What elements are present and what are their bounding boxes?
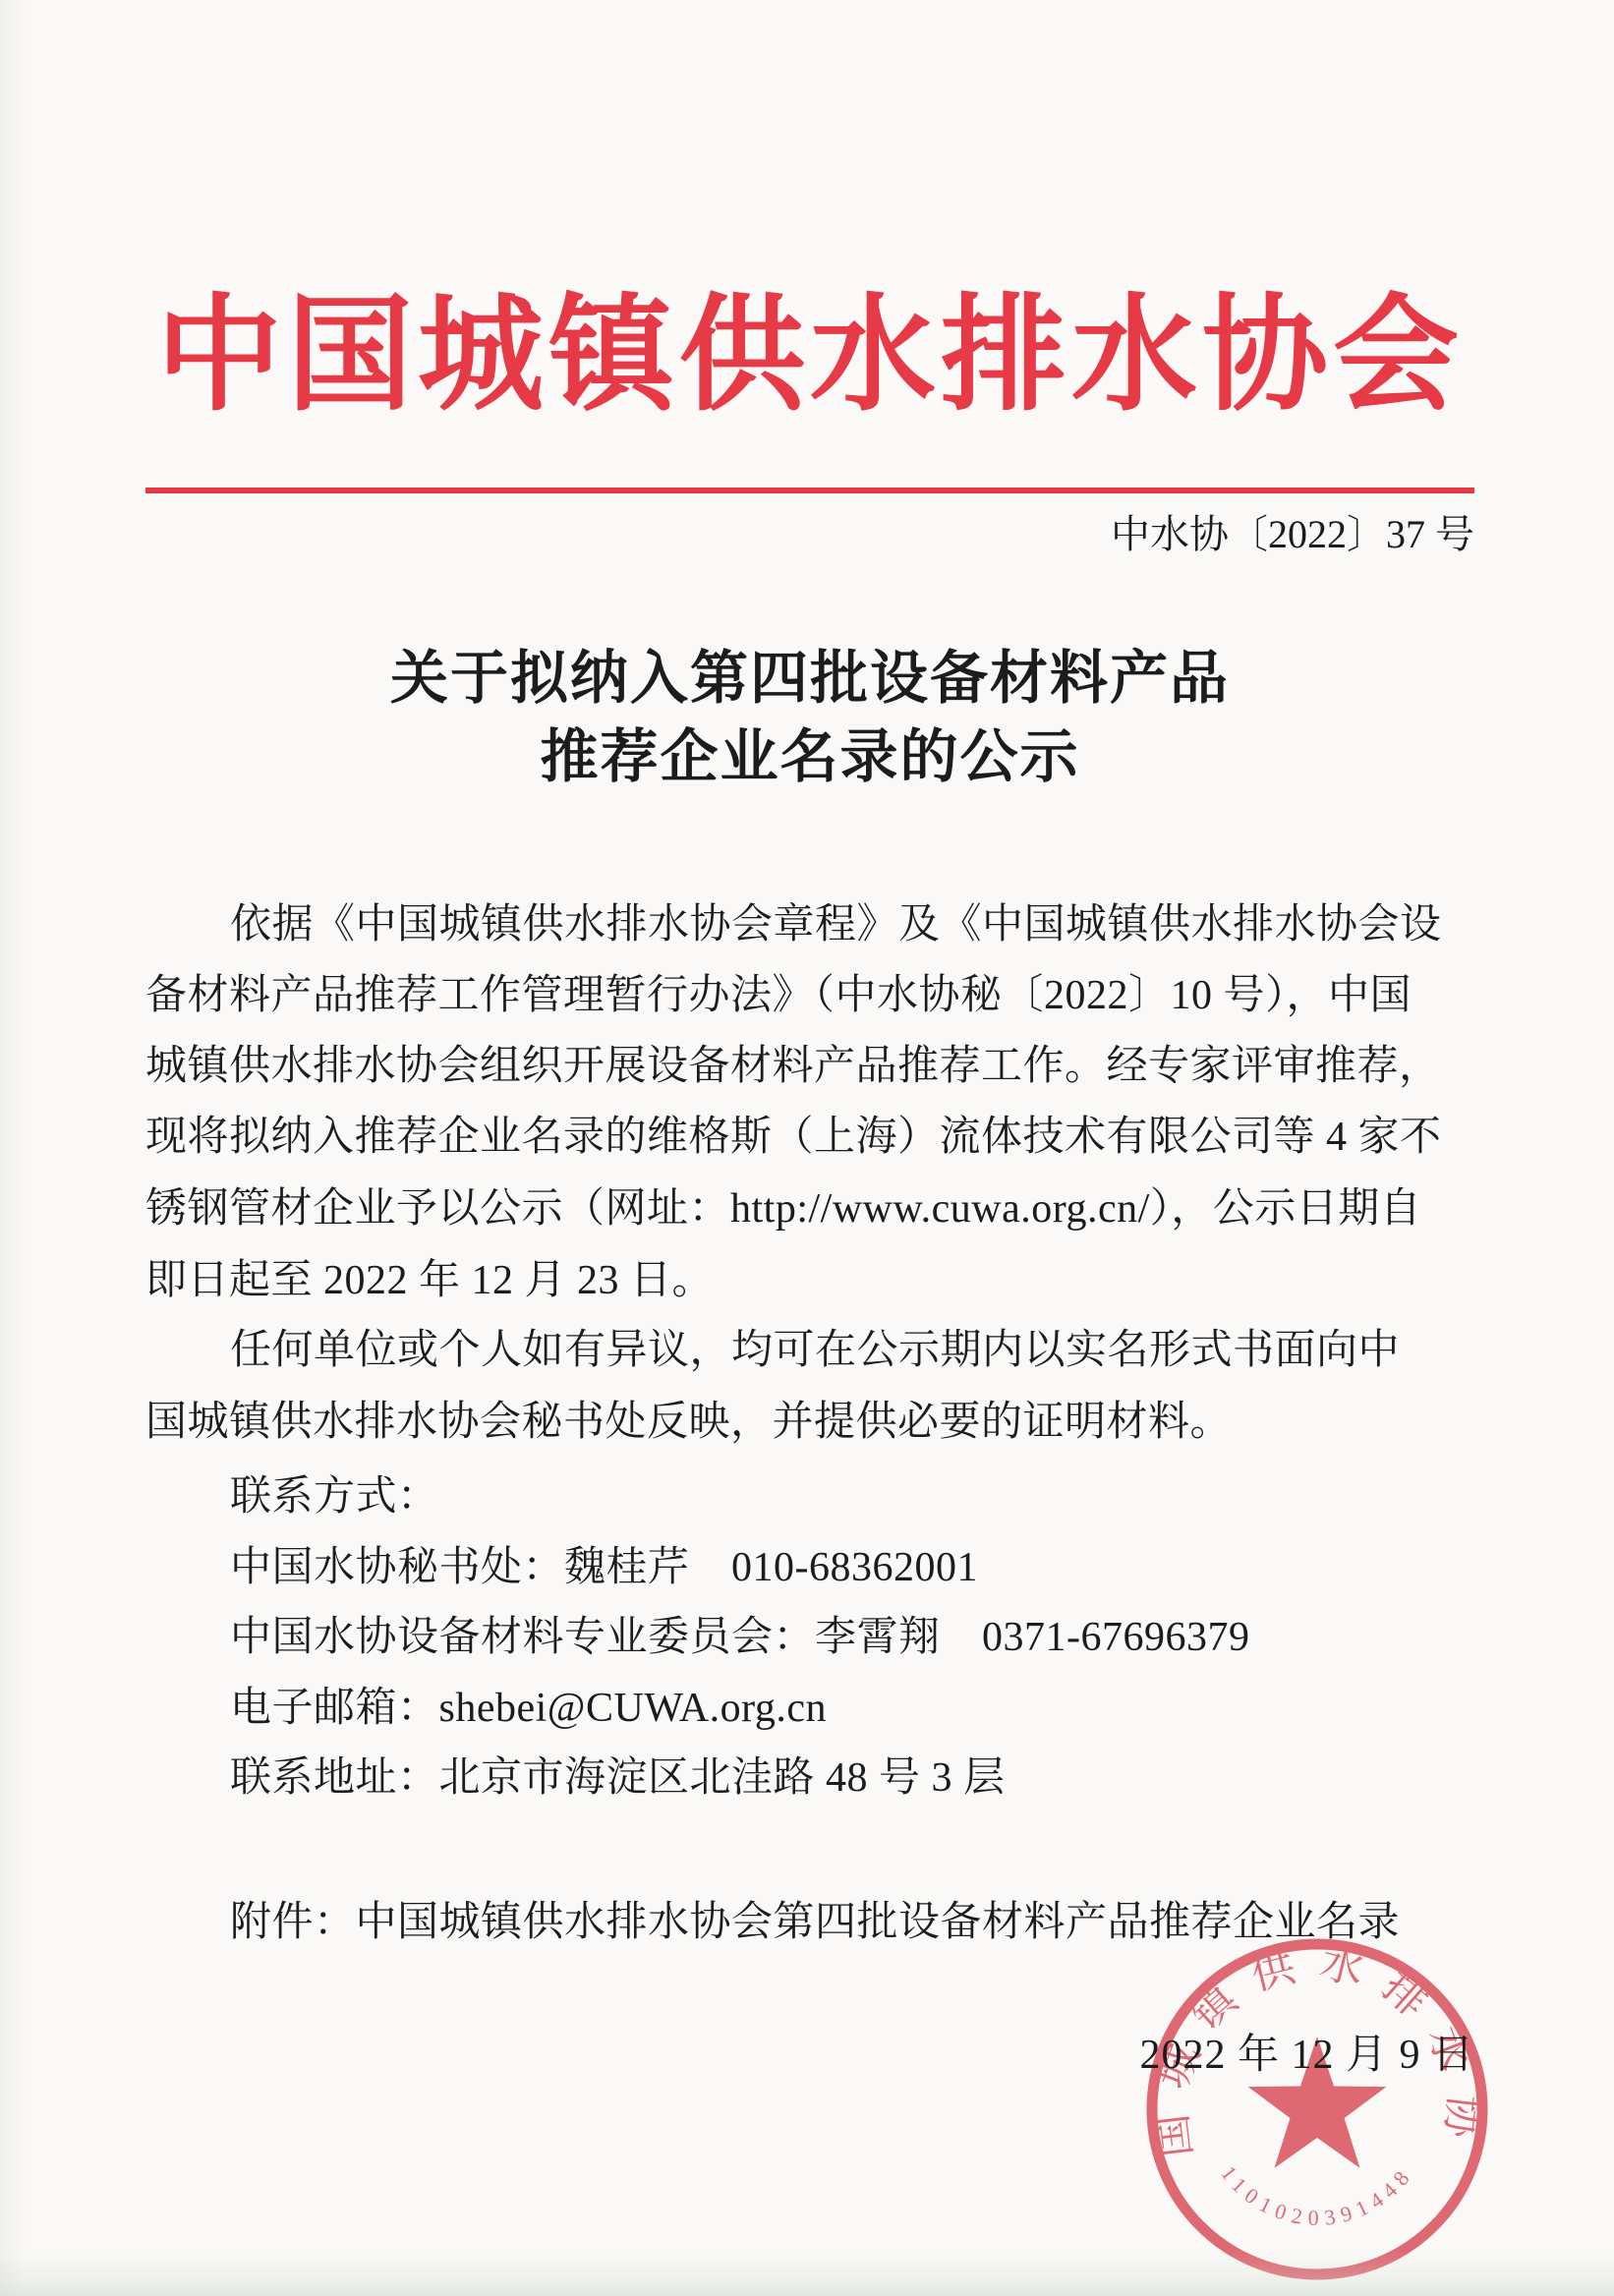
document-date: 2022 年 12 月 9 日 bbox=[145, 2031, 1474, 2080]
para1-line-5: 锈钢管材企业予以公示（网址：http://www.cuwa.org.cn/），公… bbox=[145, 1184, 1474, 1234]
org-name-heading: 中国城镇供水排水协会 bbox=[145, 277, 1474, 434]
para1-line-3: 城镇供水排水协会组织开展设备材料产品推荐工作。经专家评审推荐， bbox=[145, 1042, 1474, 1091]
seal-registration-number: 1101020391448 bbox=[1216, 2161, 1418, 2230]
document-title: 关于拟纳入第四批设备材料产品 推荐企业名录的公示 bbox=[145, 639, 1474, 796]
para2-line-2: 国城镇供水排水协会秘书处反映，并提供必要的证明材料。 bbox=[145, 1398, 1474, 1447]
para2-line-1: 任何单位或个人如有异议，均可在公示期内以实名形式书面向中 bbox=[145, 1326, 1559, 1375]
scan-shadow-bottom bbox=[0, 2251, 1614, 2296]
para1-line-4: 现将拟纳入推荐企业名录的维格斯（上海）流体技术有限公司等 4 家不 bbox=[145, 1113, 1474, 1162]
contact-committee: 中国水协设备材料专业委员会：李霄翔 0371-67696379 bbox=[145, 1613, 1559, 1662]
scan-shadow-left bbox=[0, 0, 26, 2296]
official-document-page: 中国城镇供水排水协会 中水协〔2022〕37 号 关于拟纳入第四批设备材料产品 … bbox=[0, 0, 1614, 2296]
para1-line-1: 依据《中国城镇供水排水协会章程》及《中国城镇供水排水协会设 bbox=[145, 900, 1559, 949]
title-line-1: 关于拟纳入第四批设备材料产品 bbox=[145, 639, 1474, 717]
doc-number: 中水协〔2022〕37 号 bbox=[145, 509, 1474, 560]
title-line-2: 推荐企业名录的公示 bbox=[145, 717, 1474, 796]
para1-line-2: 备材料产品推荐工作管理暂行办法》（中水协秘〔2022〕10 号），中国 bbox=[145, 971, 1474, 1020]
official-red-seal: 中国城镇供水排水协会 1101020391448 bbox=[1130, 1932, 1504, 2286]
seal-number-text-node: 1101020391448 bbox=[1216, 2161, 1418, 2230]
contact-address: 联系地址：北京市海淀区北洼路 48 号 3 层 bbox=[145, 1753, 1559, 1803]
para1-line-6: 即日起至 2022 年 12 月 23 日。 bbox=[145, 1256, 1474, 1305]
contact-email: 电子邮箱：shebei@CUWA.org.cn bbox=[145, 1684, 1559, 1733]
contact-heading: 联系方式： bbox=[145, 1472, 1559, 1521]
contact-secretariat: 中国水协秘书处：魏桂芹 010-68362001 bbox=[145, 1543, 1559, 1592]
red-divider-line bbox=[145, 488, 1474, 493]
